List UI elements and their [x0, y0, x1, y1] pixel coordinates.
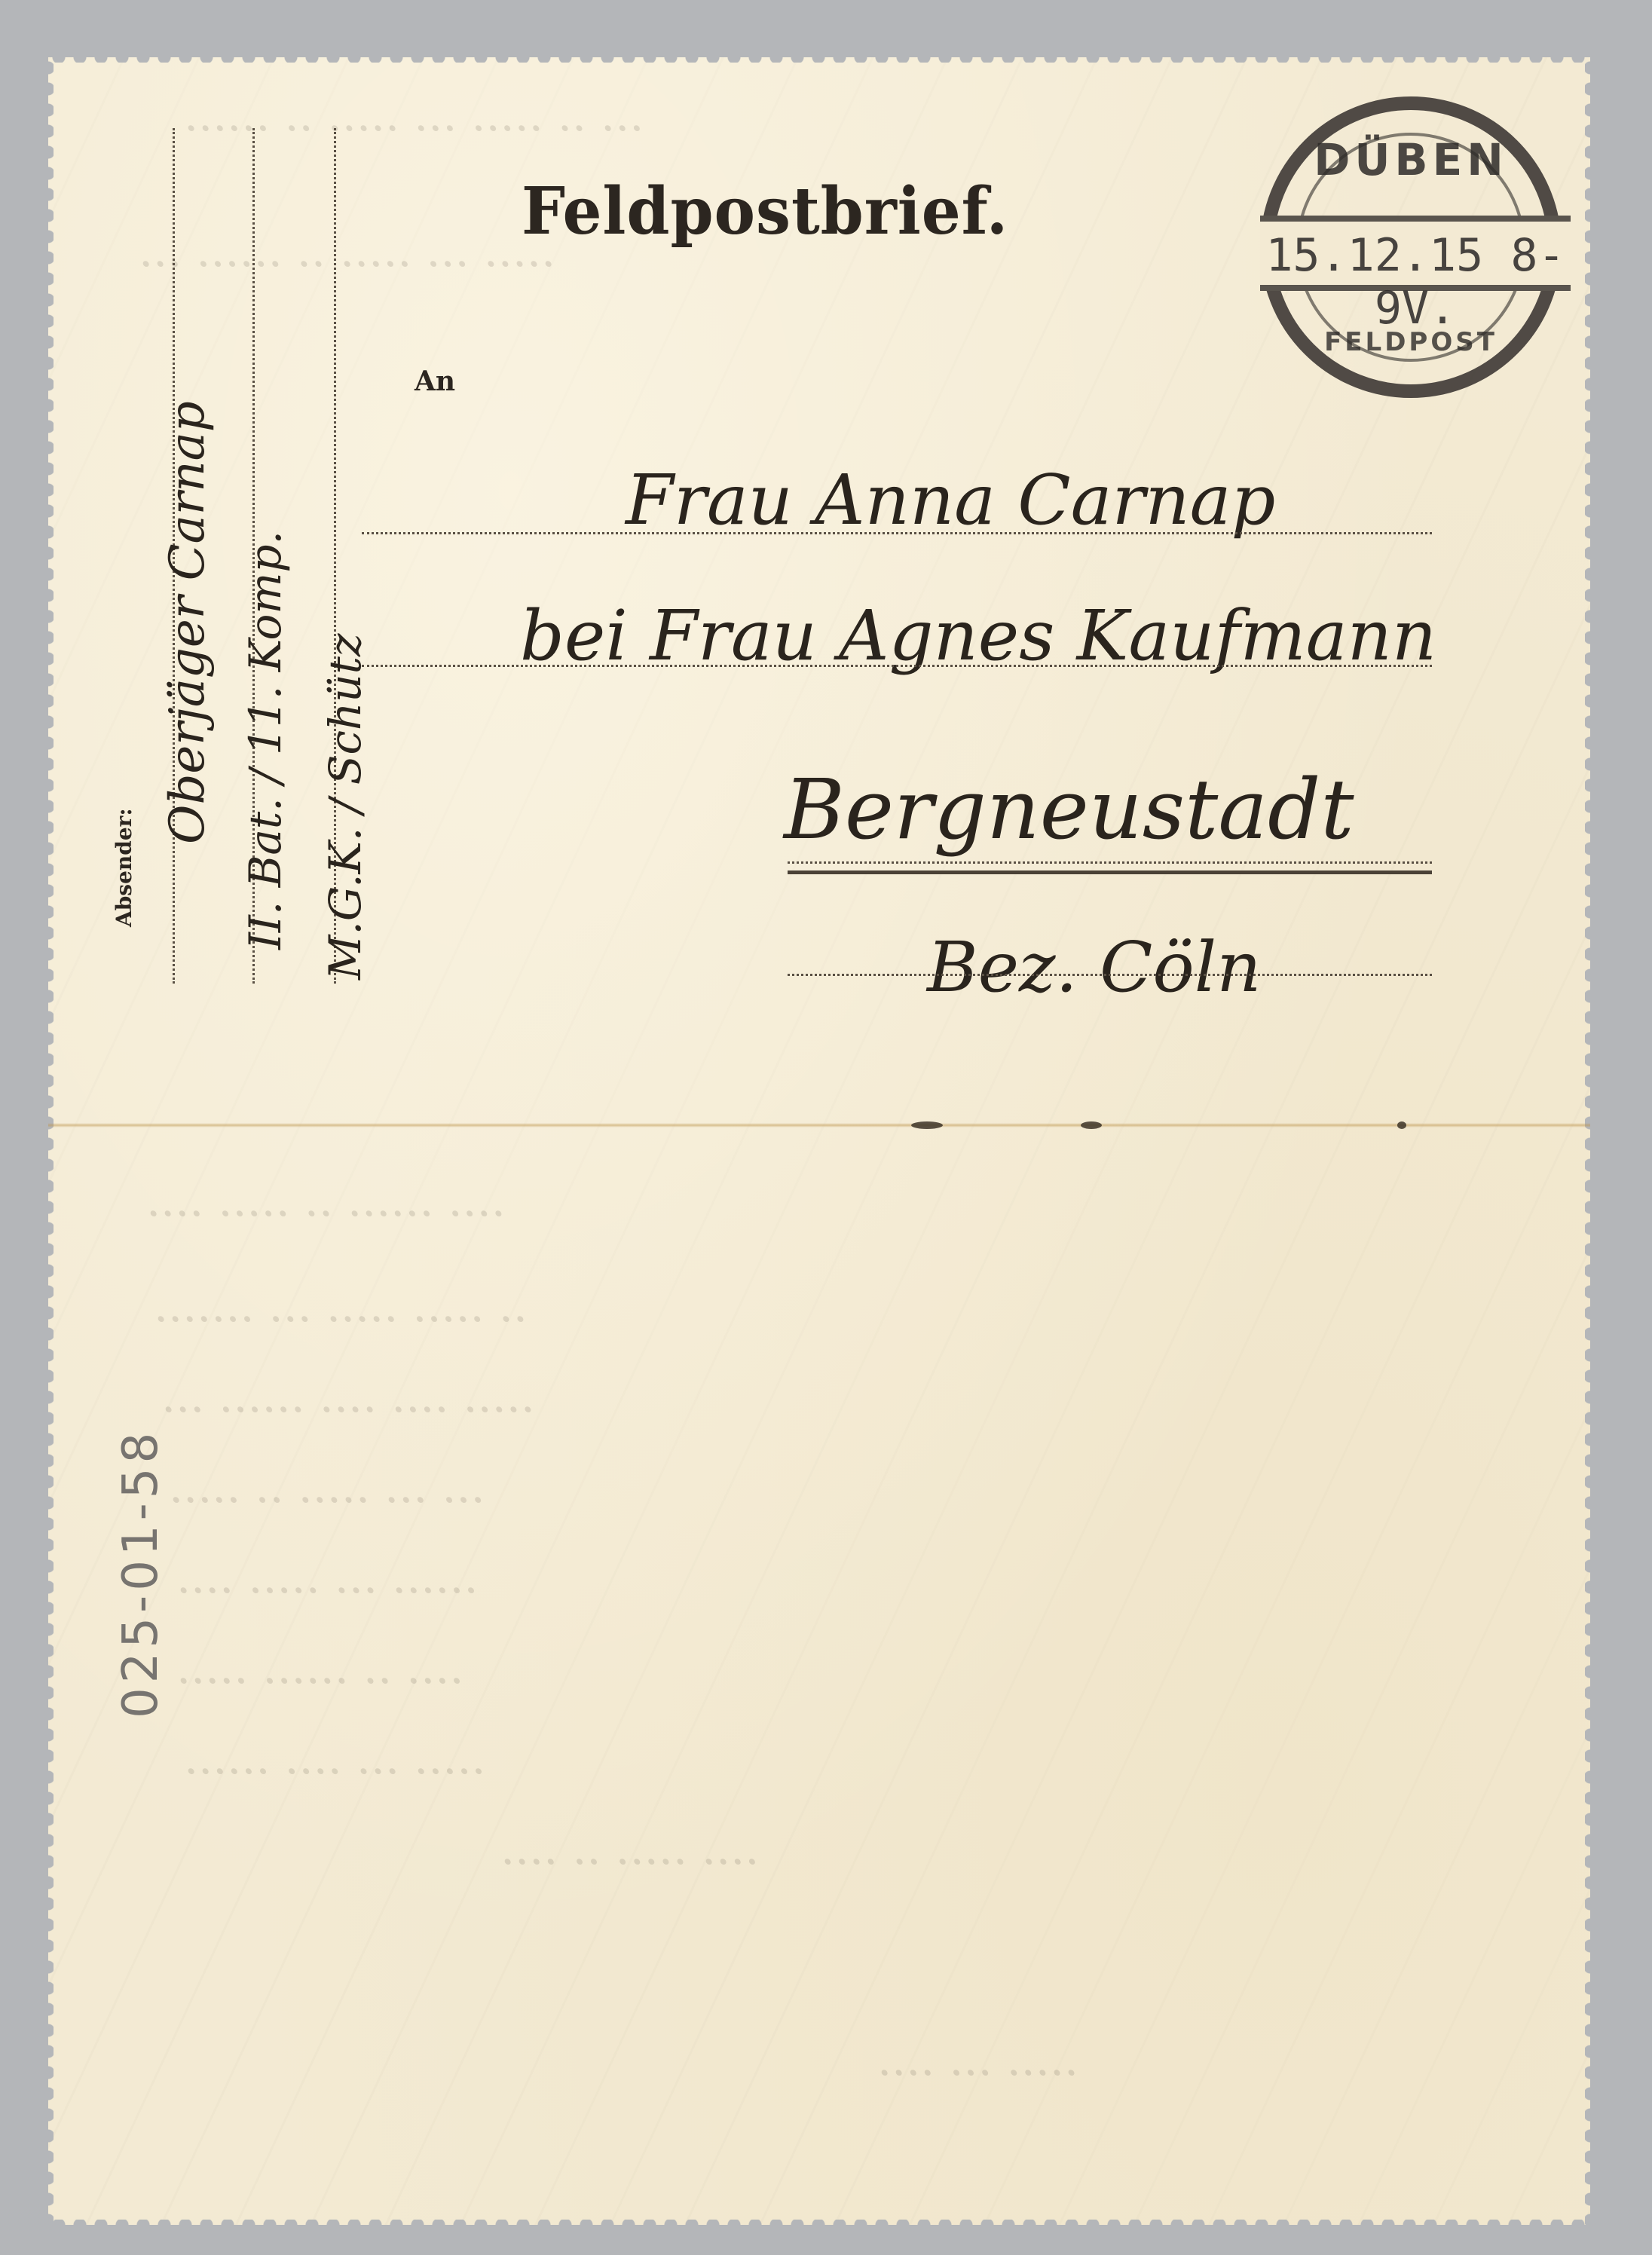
letter-title: Feldpostbrief.: [522, 173, 1008, 249]
bleed-through-line: ···· ····· ·· ····: [500, 1836, 759, 1889]
sender-name: Oberjäger Carnap: [160, 401, 216, 844]
bleed-through-line: ··· ··· ····· ·· ·····: [169, 1474, 485, 1527]
address-line-care-of: bei Frau Agnes Kaufmann: [520, 595, 1436, 676]
ink-spot: [1081, 1121, 1102, 1129]
bleed-through-line: ····· ··· ····: [877, 2047, 1078, 2100]
address-town-rule: [788, 870, 1432, 874]
perforated-edge-top: [48, 52, 1590, 63]
archive-number: 025-01-58: [113, 1428, 169, 1718]
address-dotted-line-3: [788, 861, 1432, 864]
fold-line: [48, 1123, 1590, 1127]
bleed-through-line: ···· ······ ·· ····· ····: [146, 1188, 506, 1241]
postmark-place: DÜBEN: [1274, 134, 1548, 185]
bleed-through-line: ···· ·· ······ ·····: [176, 1655, 463, 1708]
bleed-through-line: ····· ··· ···· ······: [184, 1746, 486, 1798]
sender-unit: II. Bat. / 11. Komp.: [240, 531, 291, 950]
sender-company: M.G.K. / Schütz: [320, 634, 371, 981]
address-line-town: Bergneustadt: [784, 761, 1354, 858]
ink-spot: [1397, 1121, 1406, 1129]
postmark-date-band: 15.12.15 8-9V.: [1260, 216, 1571, 291]
address-dotted-line-2: [362, 665, 1432, 667]
sender-label: Absender:: [112, 808, 136, 927]
postmark-date: 15.12.15 8-9V.: [1260, 229, 1571, 335]
perforated-edge-right: [1585, 57, 1595, 2225]
bleed-through-line: ······ ··· ····· ····: [176, 1565, 479, 1617]
recipient-label: An: [415, 366, 455, 397]
address-dotted-line-4: [788, 974, 1432, 976]
perforated-edge-left: [43, 57, 54, 2225]
postmark-stamp: DÜBEN 15.12.15 8-9V. FELDPOST: [1260, 96, 1562, 398]
address-line-district: Bez. Cöln: [927, 927, 1261, 1008]
postmark-bottom-text: FELDPOST: [1274, 327, 1548, 357]
ink-spot: [911, 1121, 943, 1129]
address-dotted-line-1: [362, 532, 1432, 534]
bleed-through-line: ·· ····· ····· ··· ·······: [154, 1293, 528, 1346]
bleed-through-line: ····· ···· ···· ······ ···: [161, 1384, 535, 1437]
perforated-edge-bottom: [48, 2220, 1590, 2230]
address-line-name: Frau Anna Carnap: [626, 460, 1275, 540]
bleed-through-line: ····· ··· ····· ·· ······ ···: [139, 238, 555, 291]
